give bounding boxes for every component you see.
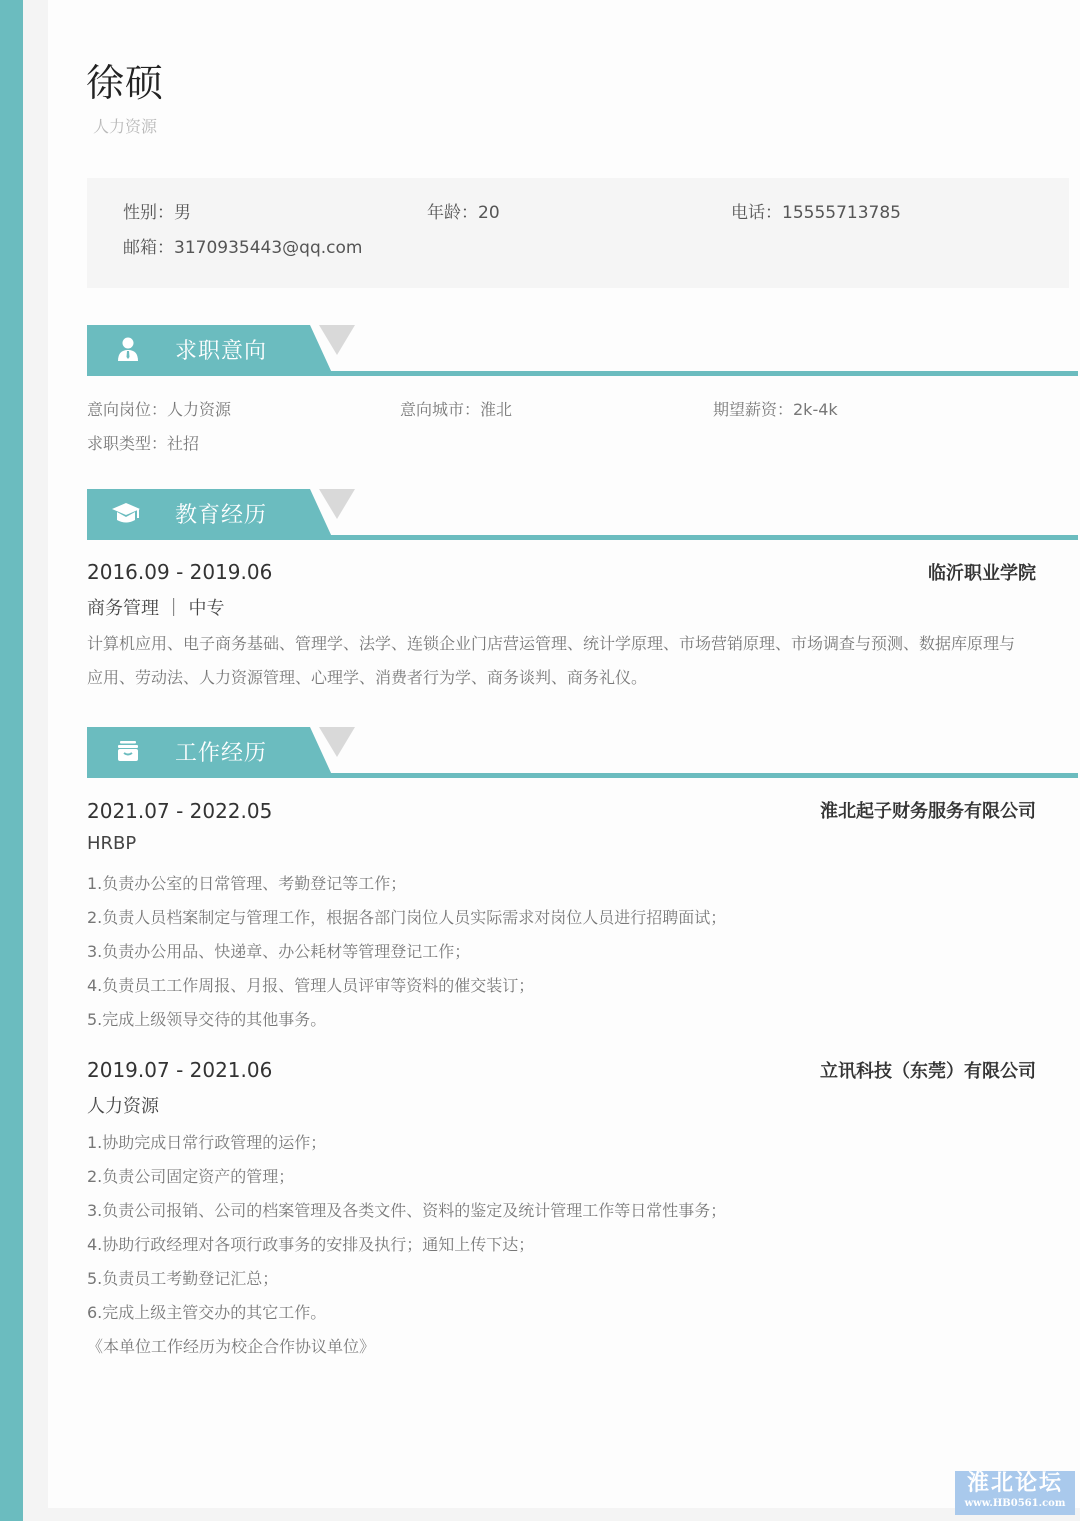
person-icon [115,336,141,362]
triangle-decoration [319,325,355,355]
job-position: HRBP [87,833,136,854]
watermark-title: 淮北论坛 [955,1471,1075,1497]
expected-salary: 期望薪资：2k-4k [713,397,838,420]
major-degree: 商务管理 ｜ 中专 [87,594,224,620]
duty-item: 1.负责办公室的日常管理、考勤登记等工作； [87,867,726,901]
school-name: 临沂职业学院 [928,559,1036,585]
watermark-url: www.HB0561.com [955,1497,1075,1511]
duty-item: 3.负责公司报销、公司的档案管理及各类文件、资料的鉴定及统计管理工作等日常性事务… [87,1194,726,1228]
duty-item: 4.协助行政经理对各项行政事务的安排及执行；通知上传下达； [87,1228,726,1262]
section-header-education: 教育经历 [87,489,1080,541]
candidate-name: 徐硕 [86,52,164,107]
company-name: 立讯科技（东莞）有限公司 [820,1057,1036,1083]
section-header-work: 工作经历 [87,727,1080,779]
candidate-role: 人力资源 [93,114,157,137]
gender-field: 性别：男 [123,198,191,223]
forum-watermark: 淮北论坛 www.HB0561.com [955,1471,1075,1515]
section-title: 教育经历 [175,498,267,529]
company-name: 淮北起子财务服务有限公司 [820,797,1036,823]
basic-info-box: 性别：男 年龄：20 电话：15555713785 邮箱：3170935443@… [87,178,1069,288]
duty-item: 2.负责公司固定资产的管理； [87,1160,726,1194]
job-duties: 1.协助完成日常行政管理的运作； 2.负责公司固定资产的管理； 3.负责公司报销… [87,1126,726,1364]
job-period: 2019.07 - 2021.06 [87,1058,272,1082]
education-period: 2016.09 - 2019.06 [87,560,272,584]
intended-position: 意向岗位：人力资源 [87,397,231,420]
duty-item: 5.负责员工考勤登记汇总； [87,1262,726,1296]
duty-item: 2.负责人员档案制定与管理工作，根据各部门岗位人员实际需求对岗位人员进行招聘面试… [87,901,726,935]
duty-item: 1.协助完成日常行政管理的运作； [87,1126,726,1160]
email-field: 邮箱：3170935443@qq.com [123,233,362,258]
job-type: 求职类型：社招 [87,431,199,454]
note-item: 《本单位工作经历为校企合作协议单位》 [87,1330,726,1364]
duty-item: 3.负责办公用品、快递章、办公耗材等管理登记工作； [87,935,726,969]
job-period: 2021.07 - 2022.05 [87,799,272,823]
section-title: 工作经历 [175,736,267,767]
job-position: 人力资源 [87,1092,159,1118]
duty-item: 5.完成上级领导交待的其他事务。 [87,1003,726,1037]
age-field: 年龄：20 [427,198,500,223]
duty-item: 4.负责员工工作周报、月报、管理人员评审等资料的催交装订； [87,969,726,1003]
graduation-cap-icon [109,500,143,526]
job-duties: 1.负责办公室的日常管理、考勤登记等工作； 2.负责人员档案制定与管理工作，根据… [87,867,726,1037]
intended-city: 意向城市：淮北 [400,397,512,420]
triangle-decoration [319,489,355,519]
triangle-decoration [319,727,355,757]
section-header-intention: 求职意向 [87,325,1080,377]
phone-field: 电话：15555713785 [731,198,901,223]
duty-item: 6.完成上级主管交办的其它工作。 [87,1296,726,1330]
section-title: 求职意向 [175,334,267,365]
briefcase-icon [115,738,141,764]
course-list: 计算机应用、电子商务基础、管理学、法学、连锁企业门店营运管理、统计学原理、市场营… [87,627,1022,695]
left-accent-bar [0,0,23,1521]
